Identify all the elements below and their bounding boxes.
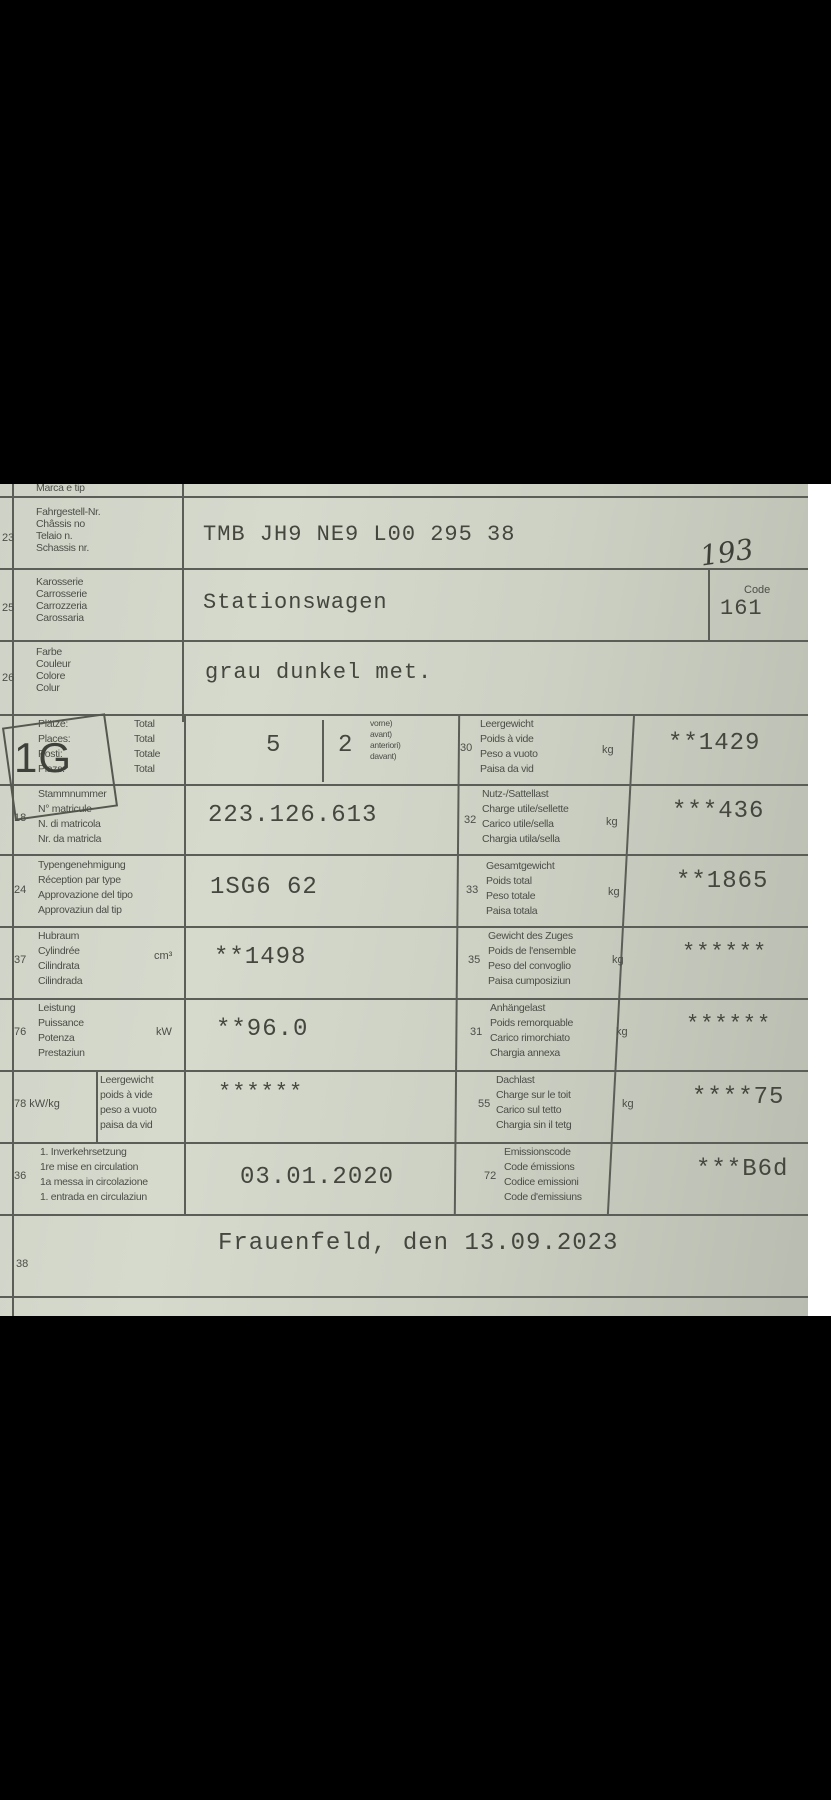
- label-23-de: Fahrgestell-Nr.: [36, 506, 100, 518]
- label-25-rm: Carossaria: [36, 612, 84, 624]
- label-26-de: Farbe: [36, 646, 62, 658]
- label-24-de: Typengenehmigung: [38, 859, 125, 871]
- field-number-26: 26: [2, 672, 14, 684]
- label-37-it: Cilindrata: [38, 960, 79, 972]
- divider: [0, 784, 808, 786]
- label-total-it: Totale: [134, 748, 160, 760]
- divider: [0, 998, 808, 1000]
- label-18-rm: Nr. da matricla: [38, 833, 101, 845]
- trailer-load-value: ******: [686, 1012, 771, 1037]
- label-36-rm: 1. entrada en circulaziun: [40, 1191, 147, 1203]
- divider: [184, 714, 186, 1214]
- unit-kg: kg: [616, 1026, 628, 1038]
- field-number-35: 35: [468, 954, 480, 966]
- chassis-number-value: TMB JH9 NE9 L00 295 38: [203, 522, 515, 547]
- label-55-fr: Charge sur le toit: [496, 1089, 571, 1101]
- label-72-fr: Code émissions: [504, 1161, 575, 1173]
- label-front-de: vorne): [370, 718, 392, 728]
- divider: [0, 854, 808, 856]
- color-value: grau dunkel met.: [205, 660, 432, 685]
- unit-kg: kg: [612, 954, 624, 966]
- label-24-rm: Approvaziun dal tip: [38, 904, 122, 916]
- first-registration-date-value: 03.01.2020: [240, 1164, 394, 1191]
- unit-kg: kg: [608, 886, 620, 898]
- label-78-it: peso a vuoto: [100, 1104, 157, 1116]
- label-76-fr: Puissance: [38, 1017, 84, 1029]
- label-35-de: Gewicht des Zuges: [488, 930, 573, 942]
- field-number-25: 25: [2, 602, 14, 614]
- train-weight-value: ******: [682, 940, 767, 965]
- label-front-fr: avant): [370, 729, 392, 739]
- divider: [0, 714, 808, 716]
- field-number-30: 30: [460, 742, 472, 754]
- body-type-value: Stationswagen: [203, 590, 388, 615]
- label-33-de: Gesamtgewicht: [486, 860, 554, 872]
- label-24-fr: Réception par type: [38, 874, 121, 886]
- label-78-fr: poids à vide: [100, 1089, 152, 1101]
- label-55-it: Carico sul tetto: [496, 1104, 561, 1116]
- unit-kg: kg: [622, 1098, 634, 1110]
- vehicle-registration-form: Marca e tip 23 Fahrgestell-Nr. Châssis n…: [0, 484, 808, 1316]
- label-18-fr: N° matricule: [38, 803, 92, 815]
- field-number-76: 76: [14, 1026, 26, 1038]
- label-55-de: Dachlast: [496, 1074, 534, 1086]
- label-72-rm: Code d'emissiuns: [504, 1191, 582, 1203]
- unit-kw: kW: [156, 1026, 172, 1038]
- label-30-rm: Paisa da vid: [480, 763, 534, 775]
- label-18-de: Stammnummer: [38, 788, 106, 800]
- unit-kg: kg: [602, 744, 614, 756]
- label-35-fr: Poids de l'ensemble: [488, 945, 576, 957]
- label-76-it: Potenza: [38, 1032, 74, 1044]
- label-37-fr: Cylindrée: [38, 945, 80, 957]
- label-36-fr: 1re mise en circulation: [40, 1161, 138, 1173]
- divider: [454, 714, 460, 1214]
- label-32-fr: Charge utile/sellette: [482, 803, 569, 815]
- label-35-it: Peso del convoglio: [488, 960, 571, 972]
- label-26-fr: Couleur: [36, 658, 71, 670]
- label-33-it: Peso totale: [486, 890, 535, 902]
- label-25-it: Carrozzeria: [36, 600, 87, 612]
- empty-weight-value: **1429: [668, 730, 760, 757]
- label-76-rm: Prestaziun: [38, 1047, 85, 1059]
- label-30-de: Leergewicht: [480, 718, 533, 730]
- field-number-31: 31: [470, 1026, 482, 1038]
- label-37-rm: Cilindrada: [38, 975, 82, 987]
- divider: [0, 1296, 808, 1298]
- power-value: **96.0: [216, 1016, 308, 1043]
- label-37-de: Hubraum: [38, 930, 79, 942]
- label-column-divider: [182, 484, 184, 722]
- divider: [0, 640, 808, 642]
- label-76-de: Leistung: [38, 1002, 75, 1014]
- label-24-it: Approvazione del tipo: [38, 889, 133, 901]
- field-number-36: 36: [14, 1170, 26, 1182]
- displacement-value: **1498: [214, 944, 306, 971]
- label-31-fr: Poids remorquable: [490, 1017, 573, 1029]
- divider: [0, 496, 808, 498]
- label-55-rm: Chargia sin il tetg: [496, 1119, 571, 1131]
- field-number-32: 32: [464, 814, 476, 826]
- field-number-55: 55: [478, 1098, 490, 1110]
- label-30-fr: Poids à vide: [480, 733, 534, 745]
- field-number-78: 78 kW/kg: [14, 1098, 60, 1110]
- unit-kg: kg: [606, 816, 618, 828]
- header-label: Marca e tip: [36, 484, 85, 494]
- label-25-de: Karosserie: [36, 576, 83, 588]
- label-32-de: Nutz-/Sattellast: [482, 788, 548, 800]
- payload-value: ***436: [672, 798, 764, 825]
- label-front-rm: davant): [370, 751, 396, 761]
- stamp-text: 1G: [14, 734, 72, 782]
- code-label: Code: [744, 584, 770, 596]
- emission-code-value: ***B6d: [696, 1156, 788, 1183]
- divider: [0, 926, 808, 928]
- unit-cm3: cm³: [154, 950, 172, 962]
- field-number-33: 33: [466, 884, 478, 896]
- divider: [96, 1070, 98, 1142]
- power-to-weight-value: ******: [218, 1080, 303, 1105]
- divider: [708, 568, 710, 640]
- label-23-it: Telaio n.: [36, 530, 72, 542]
- label-31-rm: Chargia annexa: [490, 1047, 560, 1059]
- label-31-it: Carico rimorchiato: [490, 1032, 570, 1044]
- label-total-de: Total: [134, 718, 155, 730]
- document-photo: Marca e tip 23 Fahrgestell-Nr. Châssis n…: [0, 484, 831, 1316]
- label-31-de: Anhängelast: [490, 1002, 545, 1014]
- label-23-rm: Schassis nr.: [36, 542, 89, 554]
- total-weight-value: **1865: [676, 868, 768, 895]
- handwritten-note: 193: [698, 532, 756, 572]
- place-and-date-value: Frauenfeld, den 13.09.2023: [218, 1230, 618, 1257]
- type-approval-value: 1SG6 62: [210, 874, 318, 901]
- divider: [0, 1070, 808, 1072]
- seats-front-value: 2: [338, 732, 353, 759]
- label-78-de: Leergewicht: [100, 1074, 153, 1086]
- field-number-18: 18: [14, 812, 26, 824]
- label-78-rm: paisa da vid: [100, 1119, 152, 1131]
- divider: [0, 1214, 808, 1216]
- field-number-72: 72: [484, 1170, 496, 1182]
- label-25-fr: Carrosserie: [36, 588, 87, 600]
- field-number-38: 38: [16, 1258, 28, 1270]
- seats-total-value: 5: [266, 732, 281, 759]
- label-72-de: Emissionscode: [504, 1146, 571, 1158]
- label-33-rm: Paisa totala: [486, 905, 537, 917]
- label-30-it: Peso a vuoto: [480, 748, 538, 760]
- label-32-it: Carico utile/sella: [482, 818, 554, 830]
- label-36-de: 1. Inverkehrsetzung: [40, 1146, 127, 1158]
- label-32-rm: Chargia utila/sella: [482, 833, 560, 845]
- roof-load-value: ****75: [692, 1084, 784, 1111]
- field-number-24: 24: [14, 884, 26, 896]
- label-33-fr: Poids total: [486, 875, 532, 887]
- label-36-it: 1a messa in circolazione: [40, 1176, 148, 1188]
- label-23-fr: Châssis no: [36, 518, 85, 530]
- label-26-it: Colore: [36, 670, 65, 682]
- field-number-23: 23: [2, 532, 14, 544]
- registration-number-value: 223.126.613: [208, 802, 377, 829]
- divider: [322, 720, 324, 782]
- label-front-it: anteriori): [370, 740, 401, 750]
- field-number-37: 37: [14, 954, 26, 966]
- label-total-fr: Total: [134, 733, 155, 745]
- divider: [0, 1142, 808, 1144]
- label-26-rm: Colur: [36, 682, 60, 694]
- divider: [0, 568, 808, 570]
- body-code-value: 161: [720, 596, 763, 621]
- label-18-it: N. di matricola: [38, 818, 101, 830]
- label-35-rm: Paisa cumposiziun: [488, 975, 570, 987]
- label-total-rm: Total: [134, 763, 155, 775]
- label-72-it: Codice emissioni: [504, 1176, 579, 1188]
